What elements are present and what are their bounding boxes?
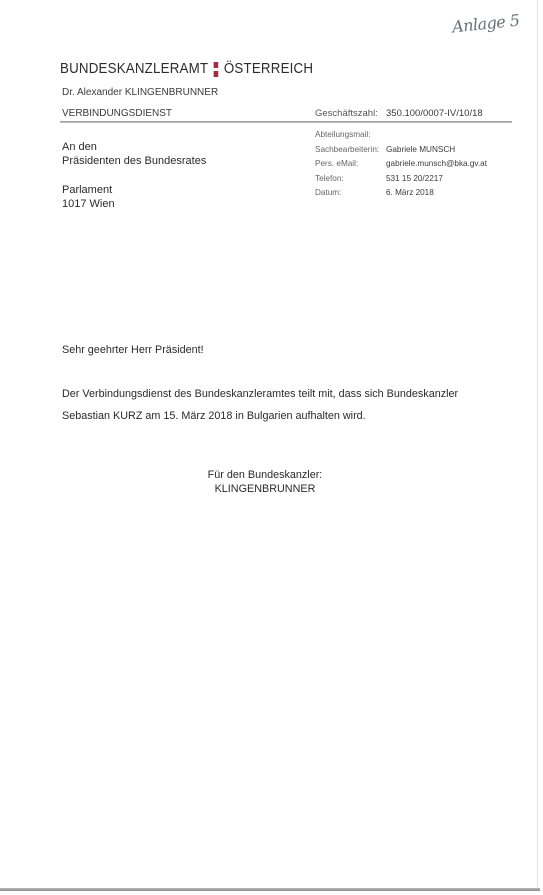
contact-meta-block: Abteilungsmail: Sachbearbeiterin: Gabrie…: [315, 128, 487, 201]
salutation: Sehr geehrter Herr Präsident!: [62, 344, 204, 356]
meta-row-case-officer: Sachbearbeiterin: Gabriele MUNSCH: [315, 143, 487, 158]
signature-name: KLINGENBRUNNER: [150, 483, 380, 497]
meta-label: Pers. eMail:: [315, 157, 386, 172]
meta-label: Abteilungsmail:: [315, 128, 386, 143]
austria-flag-mark-icon: [214, 62, 219, 77]
meta-label: Sachbearbeiterin:: [315, 143, 386, 158]
meta-label: Datum:: [315, 186, 386, 201]
org-name-left: BUNDESKANZLERAMT: [60, 61, 208, 77]
letter-body: Der Verbindungsdienst des Bundeskanzlera…: [62, 383, 492, 427]
meta-label: Telefon:: [315, 172, 386, 187]
recipient-address: An den Präsidenten des Bundesrates Parla…: [62, 140, 206, 211]
reference-label: Geschäftszahl:: [315, 108, 386, 119]
meta-row-date: Datum: 6. März 2018: [315, 186, 487, 201]
reference-number: Geschäftszahl: 350.100/0007-IV/10/18: [315, 108, 483, 119]
letterhead-logo: BUNDESKANZLERAMT ÖSTERREICH: [60, 61, 313, 77]
recipient-line: Präsidenten des Bundesrates: [62, 154, 206, 168]
signature-block: Für den Bundeskanzler: KLINGENBRUNNER: [150, 469, 380, 496]
page-edge-right: [537, 0, 538, 890]
recipient-line: 1017 Wien: [62, 197, 206, 211]
signature-line: Für den Bundeskanzler:: [150, 469, 380, 483]
org-name-right: ÖSTERREICH: [224, 61, 313, 77]
body-line: Sebastian KURZ am 15. März 2018 in Bulga…: [62, 405, 492, 427]
meta-value: gabriele.munsch@bka.gv.at: [386, 157, 487, 172]
page-edge-bottom: [0, 888, 540, 891]
header-divider: [60, 121, 512, 123]
recipient-line: An den: [62, 140, 206, 154]
meta-row-phone: Telefon: 531 15 20/2217: [315, 172, 487, 187]
meta-value: 531 15 20/2217: [386, 172, 443, 187]
meta-value: Gabriele MUNSCH: [386, 143, 455, 158]
department-name: VERBINDUNGSDIENST: [62, 108, 172, 119]
body-line: Der Verbindungsdienst des Bundeskanzlera…: [62, 383, 492, 405]
reference-value: 350.100/0007-IV/10/18: [386, 108, 483, 119]
meta-row-department-mail: Abteilungsmail:: [315, 128, 487, 143]
handwritten-annotation: Anlage 5: [451, 11, 520, 37]
letter-page: Anlage 5 BUNDESKANZLERAMT ÖSTERREICH Dr.…: [0, 0, 543, 895]
meta-row-email: Pers. eMail: gabriele.munsch@bka.gv.at: [315, 157, 487, 172]
sender-name: Dr. Alexander KLINGENBRUNNER: [62, 87, 218, 98]
meta-value: 6. März 2018: [386, 186, 434, 201]
recipient-line: Parlament: [62, 183, 206, 197]
